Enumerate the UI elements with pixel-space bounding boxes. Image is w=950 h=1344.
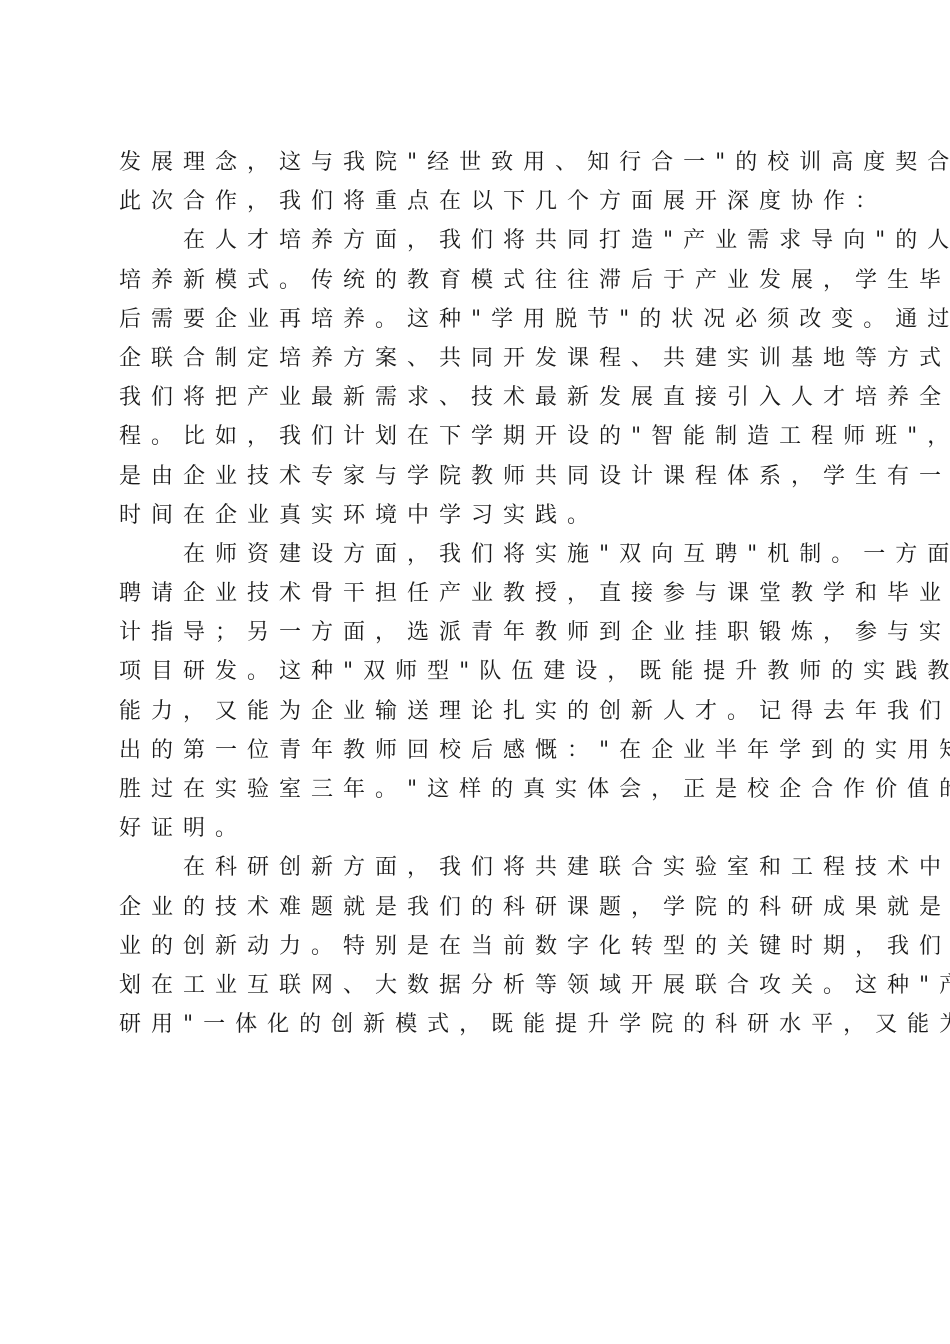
text-line: 划在工业互联网、大数据分析等领域开展联合攻关。这种"产学 xyxy=(119,966,839,1005)
text-line: 企联合制定培养方案、共同开发课程、共建实训基地等方式， xyxy=(119,339,839,378)
text-line: 在人才培养方面，我们将共同打造"产业需求导向"的人才 xyxy=(119,221,839,260)
document-page: 发展理念，这与我院"经世致用、知行合一"的校训高度契合。 此次合作，我们将重点在… xyxy=(0,0,950,1344)
text-line: 在师资建设方面，我们将实施"双向互聘"机制。一方面， xyxy=(119,535,839,574)
text-line: 培养新模式。传统的教育模式往往滞后于产业发展，学生毕业 xyxy=(119,261,839,300)
text-line: 胜过在实验室三年。"这样的真实体会，正是校企合作价值的最 xyxy=(119,770,839,809)
text-line: 我们将把产业最新需求、技术最新发展直接引入人才培养全过 xyxy=(119,378,839,417)
text-line: 聘请企业技术骨干担任产业教授，直接参与课堂教学和毕业设 xyxy=(119,574,839,613)
document-body: 发展理念，这与我院"经世致用、知行合一"的校训高度契合。 此次合作，我们将重点在… xyxy=(119,143,839,1044)
text-line: 计指导；另一方面，选派青年教师到企业挂职锻炼，参与实际 xyxy=(119,613,839,652)
text-line: 能力，又能为企业输送理论扎实的创新人才。记得去年我们派 xyxy=(119,692,839,731)
text-line: 是由企业技术专家与学院教师共同设计课程体系，学生有一半 xyxy=(119,457,839,496)
text-line: 发展理念，这与我院"经世致用、知行合一"的校训高度契合。 xyxy=(119,143,839,182)
text-line: 出的第一位青年教师回校后感慨："在企业半年学到的实用知识， xyxy=(119,731,839,770)
text-line: 此次合作，我们将重点在以下几个方面展开深度协作： xyxy=(119,182,839,221)
text-line: 时间在企业真实环境中学习实践。 xyxy=(119,496,839,535)
text-line: 好证明。 xyxy=(119,809,839,848)
text-line: 后需要企业再培养。这种"学用脱节"的状况必须改变。通过校 xyxy=(119,300,839,339)
text-line: 企业的技术难题就是我们的科研课题，学院的科研成果就是企 xyxy=(119,888,839,927)
text-line: 项目研发。这种"双师型"队伍建设，既能提升教师的实践教学 xyxy=(119,652,839,691)
text-line: 研用"一体化的创新模式，既能提升学院的科研水平，又能为企 xyxy=(119,1005,839,1044)
text-line: 程。比如，我们计划在下学期开设的"智能制造工程师班"，就 xyxy=(119,417,839,456)
text-line: 业的创新动力。特别是在当前数字化转型的关键时期，我们计 xyxy=(119,927,839,966)
text-line: 在科研创新方面，我们将共建联合实验室和工程技术中心 xyxy=(119,848,839,887)
